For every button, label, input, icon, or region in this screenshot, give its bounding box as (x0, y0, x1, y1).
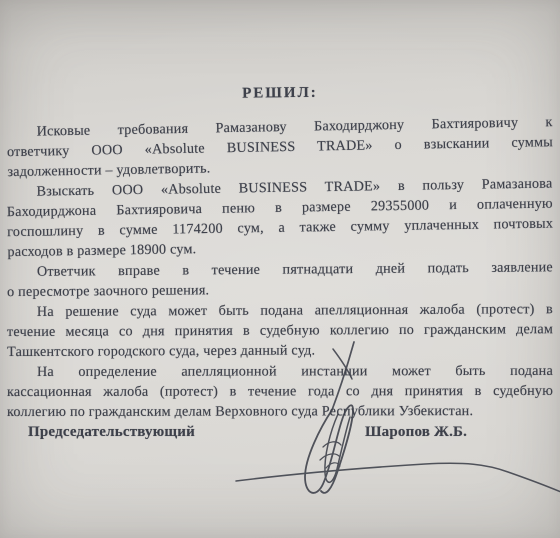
signature-ink-icon (0, 0, 560, 538)
document-page: РЕШИЛ: Исковые требования Рамазанову Бах… (0, 0, 560, 538)
